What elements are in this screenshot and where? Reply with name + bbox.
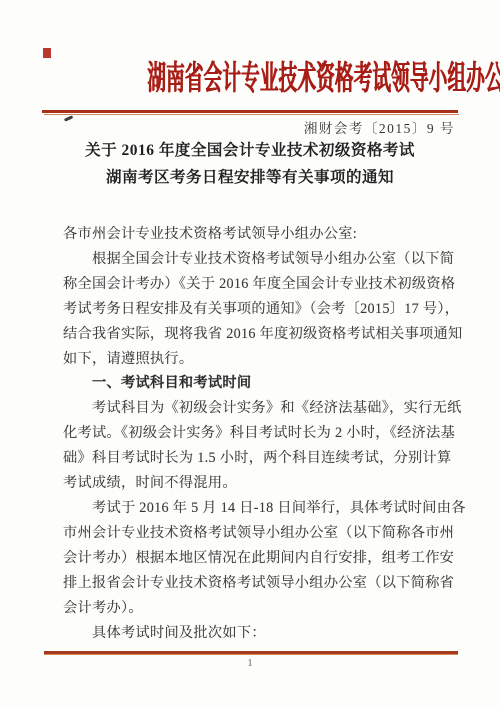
section-heading: 一、考试科目和考试时间 xyxy=(63,371,458,396)
body-line: 根据全国会计专业技术资格考试领导小组办公室（以下简 xyxy=(63,247,458,272)
notice-body: 各市州会计专业技术资格考试领导小组办公室: 根据全国会计专业技术资格考试领导小组… xyxy=(63,222,458,645)
notice-title-line2: 湖南考区考务日程安排等有关事项的通知 xyxy=(0,164,500,191)
handwritten-tick-mark xyxy=(64,115,73,121)
footer-rule xyxy=(44,651,458,654)
letterhead-rule xyxy=(42,110,458,113)
body-line: 考试成绩，时间不得混用。 xyxy=(63,471,458,496)
letterhead-org-name: 湖南省会计专业技术资格考试领导小组办公室 xyxy=(147,60,500,98)
red-seal-mark xyxy=(43,48,51,58)
body-line: 市州会计专业技术资格考试领导小组办公室（以下简称各市州 xyxy=(63,521,458,546)
body-line: 考试考务日程安排及有关事项的通知》（会考〔2015〕17 号）， xyxy=(63,297,458,322)
letterhead: 湖南省会计专业技术资格考试领导小组办公室 xyxy=(0,60,500,98)
page-number: 1 xyxy=(0,658,500,669)
document-number: 湘财会考〔2015〕9 号 xyxy=(304,117,455,137)
body-line: 称全国会计考办）《关于 2016 年度全国会计专业技术初级资格 xyxy=(63,272,458,297)
salutation-line: 各市州会计专业技术资格考试领导小组办公室: xyxy=(63,222,458,247)
body-line: 考试科目为《初级会计实务》和《经济法基础》，实行无纸 xyxy=(63,396,458,421)
body-line: 化考试。《初级会计实务》科目考试时长为 2 小时，《经济法基 xyxy=(63,421,458,446)
scanned-notice-page: 湖南省会计专业技术资格考试领导小组办公室 湘财会考〔2015〕9 号 关于 20… xyxy=(0,0,500,707)
body-line: 如下，请遵照执行。 xyxy=(63,347,458,372)
body-line: 础》科目考试时长为 1.5 小时，两个科目连续考试，分别计算 xyxy=(63,446,458,471)
notice-title-line1: 关于 2016 年度全国会计专业技术初级资格考试 xyxy=(0,137,500,164)
body-line: 考试于 2016 年 5 月 14 日-18 日间举行，具体考试时间由各 xyxy=(63,496,458,521)
notice-title: 关于 2016 年度全国会计专业技术初级资格考试 湖南考区考务日程安排等有关事项… xyxy=(0,137,500,191)
body-line: 排上报省会计专业技术资格考试领导小组办公室（以下简称省 xyxy=(63,571,458,596)
body-line: 会计考办）根据本地区情况在此期间内自行安排，组考工作安 xyxy=(63,546,458,571)
body-line: 会计考办）。 xyxy=(63,596,458,621)
body-line: 具体考试时间及批次如下： xyxy=(63,621,458,646)
body-line: 结合我省实际，现将我省 2016 年度初级资格考试相关事项通知 xyxy=(63,322,458,347)
